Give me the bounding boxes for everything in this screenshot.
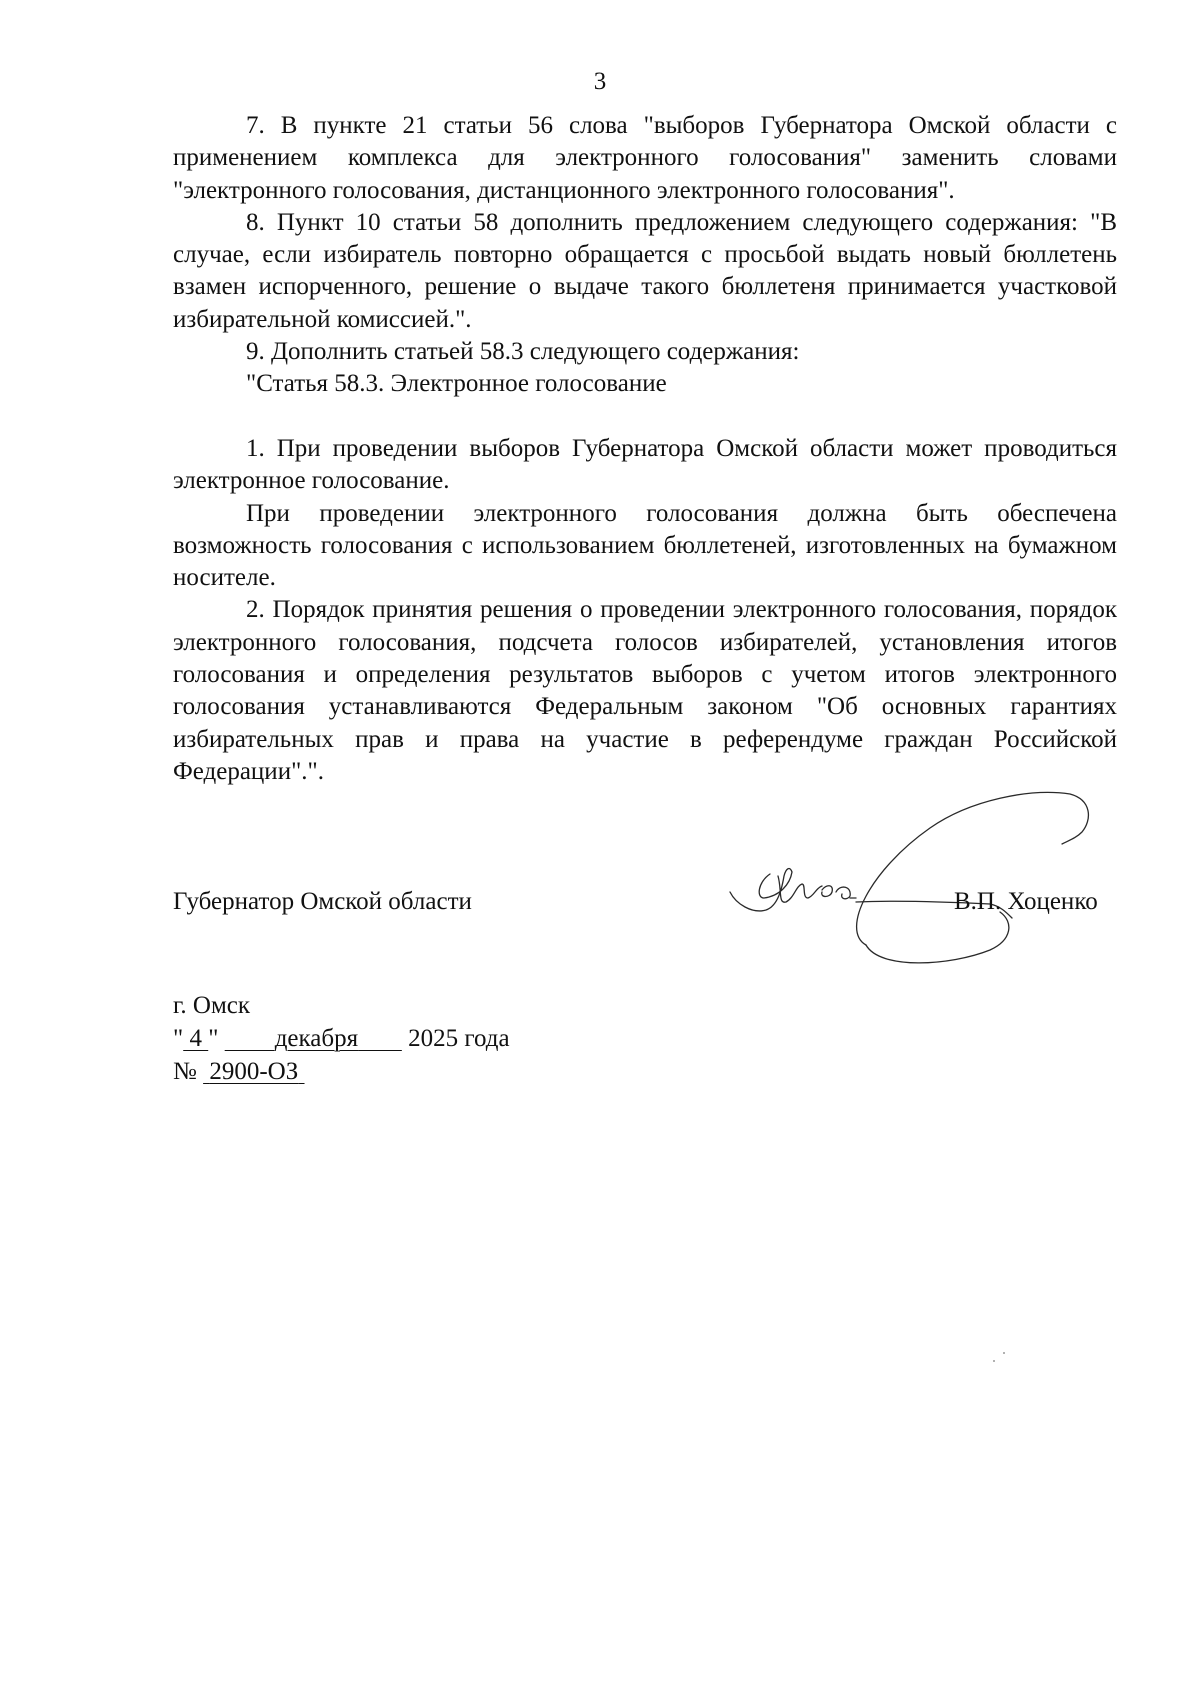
date-year: 2025 года <box>408 1025 509 1052</box>
city: г. Омск <box>173 989 510 1022</box>
law-number: 2900-ОЗ <box>203 1058 304 1085</box>
date-day: 4 <box>183 1025 208 1052</box>
scan-speck <box>993 1360 995 1362</box>
document-body: 7. В пункте 21 статьи 56 слова "выборов … <box>173 110 1117 788</box>
date-quote-open: " <box>173 1025 183 1052</box>
article-clause-2: 2. Порядок принятия решения о проведении… <box>173 594 1117 788</box>
scan-speck <box>1003 1352 1005 1354</box>
signatory-name: В.П. Хоценко <box>954 886 1098 918</box>
blank-line <box>173 401 1117 433</box>
date-quote-close: " <box>208 1025 218 1052</box>
document-page: 3 7. В пункте 21 статьи 56 слова "выборо… <box>0 0 1200 1697</box>
law-number-line: № 2900-ОЗ <box>173 1055 510 1088</box>
article-title: "Статья 58.3. Электронное голосование <box>173 368 1117 400</box>
article-clause-1: 1. При проведении выборов Губернатора Ом… <box>173 433 1117 498</box>
paragraph-item-8: 8. Пункт 10 статьи 58 дополнить предложе… <box>173 207 1117 336</box>
page-number: 3 <box>0 66 1200 98</box>
place-date-block: г. Омск " 4 " декабря 2025 года № 2900-О… <box>173 989 510 1088</box>
handwritten-signature-icon <box>700 780 1200 980</box>
paragraph-item-9: 9. Дополнить статьей 58.3 следующего сод… <box>173 336 1117 368</box>
signatory-position: Губернатор Омской области <box>173 886 472 918</box>
paragraph-item-7: 7. В пункте 21 статьи 56 слова "выборов … <box>173 110 1117 207</box>
date-line: " 4 " декабря 2025 года <box>173 1022 510 1055</box>
date-month: декабря <box>275 1025 358 1052</box>
number-sign: № <box>173 1058 197 1085</box>
law-number-value: 2900-ОЗ <box>209 1058 298 1085</box>
article-clause-1-part-2: При проведении электронного голосования … <box>173 498 1117 595</box>
date-month-field: декабря <box>225 1025 402 1052</box>
